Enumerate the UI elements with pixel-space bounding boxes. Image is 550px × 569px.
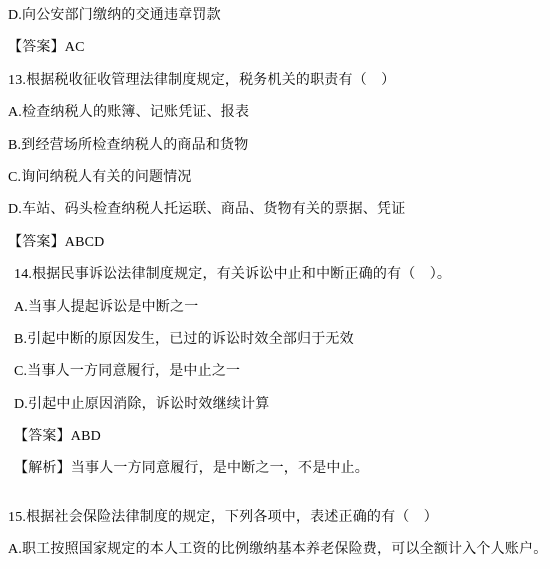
question13-answer: 【答案】ABCD [0,227,550,259]
question15-option-a: A.职工按照国家规定的本人工资的比例缴纳基本养老保险费，可以全额计入个人账户。 [0,534,550,566]
question15-stem: 15.根据社会保险法律制度的规定，下列各项中，表述正确的有（ ） [0,502,550,534]
question14-analysis: 【解析】当事人一方同意履行，是中断之一，不是中止。 [0,453,550,485]
question13-option-d: D.车站、码头检查纳税人托运联、商品、货物有关的票据、凭证 [0,194,550,226]
question13-option-a: A.检查纳税人的账簿、记账凭证、报表 [0,97,550,129]
question14-option-a: A.当事人提起诉讼是中断之一 [0,292,550,324]
question14-stem: 14.根据民事诉讼法律制度规定，有关诉讼中止和中断正确的有（ ）。 [0,259,550,291]
question12-option-d: D.向公安部门缴纳的交通违章罚款 [0,0,550,32]
question14-option-b: B.引起中断的原因发生，已过的诉讼时效全部归于无效 [0,324,550,356]
exam-document: D.向公安部门缴纳的交通违章罚款 【答案】AC 13.根据税收征收管理法律制度规… [0,0,550,569]
question14-option-c: C.当事人一方同意履行，是中止之一 [0,356,550,388]
question12-answer: 【答案】AC [0,32,550,64]
question13-option-b: B.到经营场所检查纳税人的商品和货物 [0,130,550,162]
question14-answer: 【答案】ABD [0,421,550,453]
question13-stem: 13.根据税收征收管理法律制度规定，税务机关的职责有（ ） [0,65,550,97]
question14-option-d: D.引起中止原因消除，诉讼时效继续计算 [0,389,550,421]
question13-option-c: C.询问纳税人有关的问题情况 [0,162,550,194]
